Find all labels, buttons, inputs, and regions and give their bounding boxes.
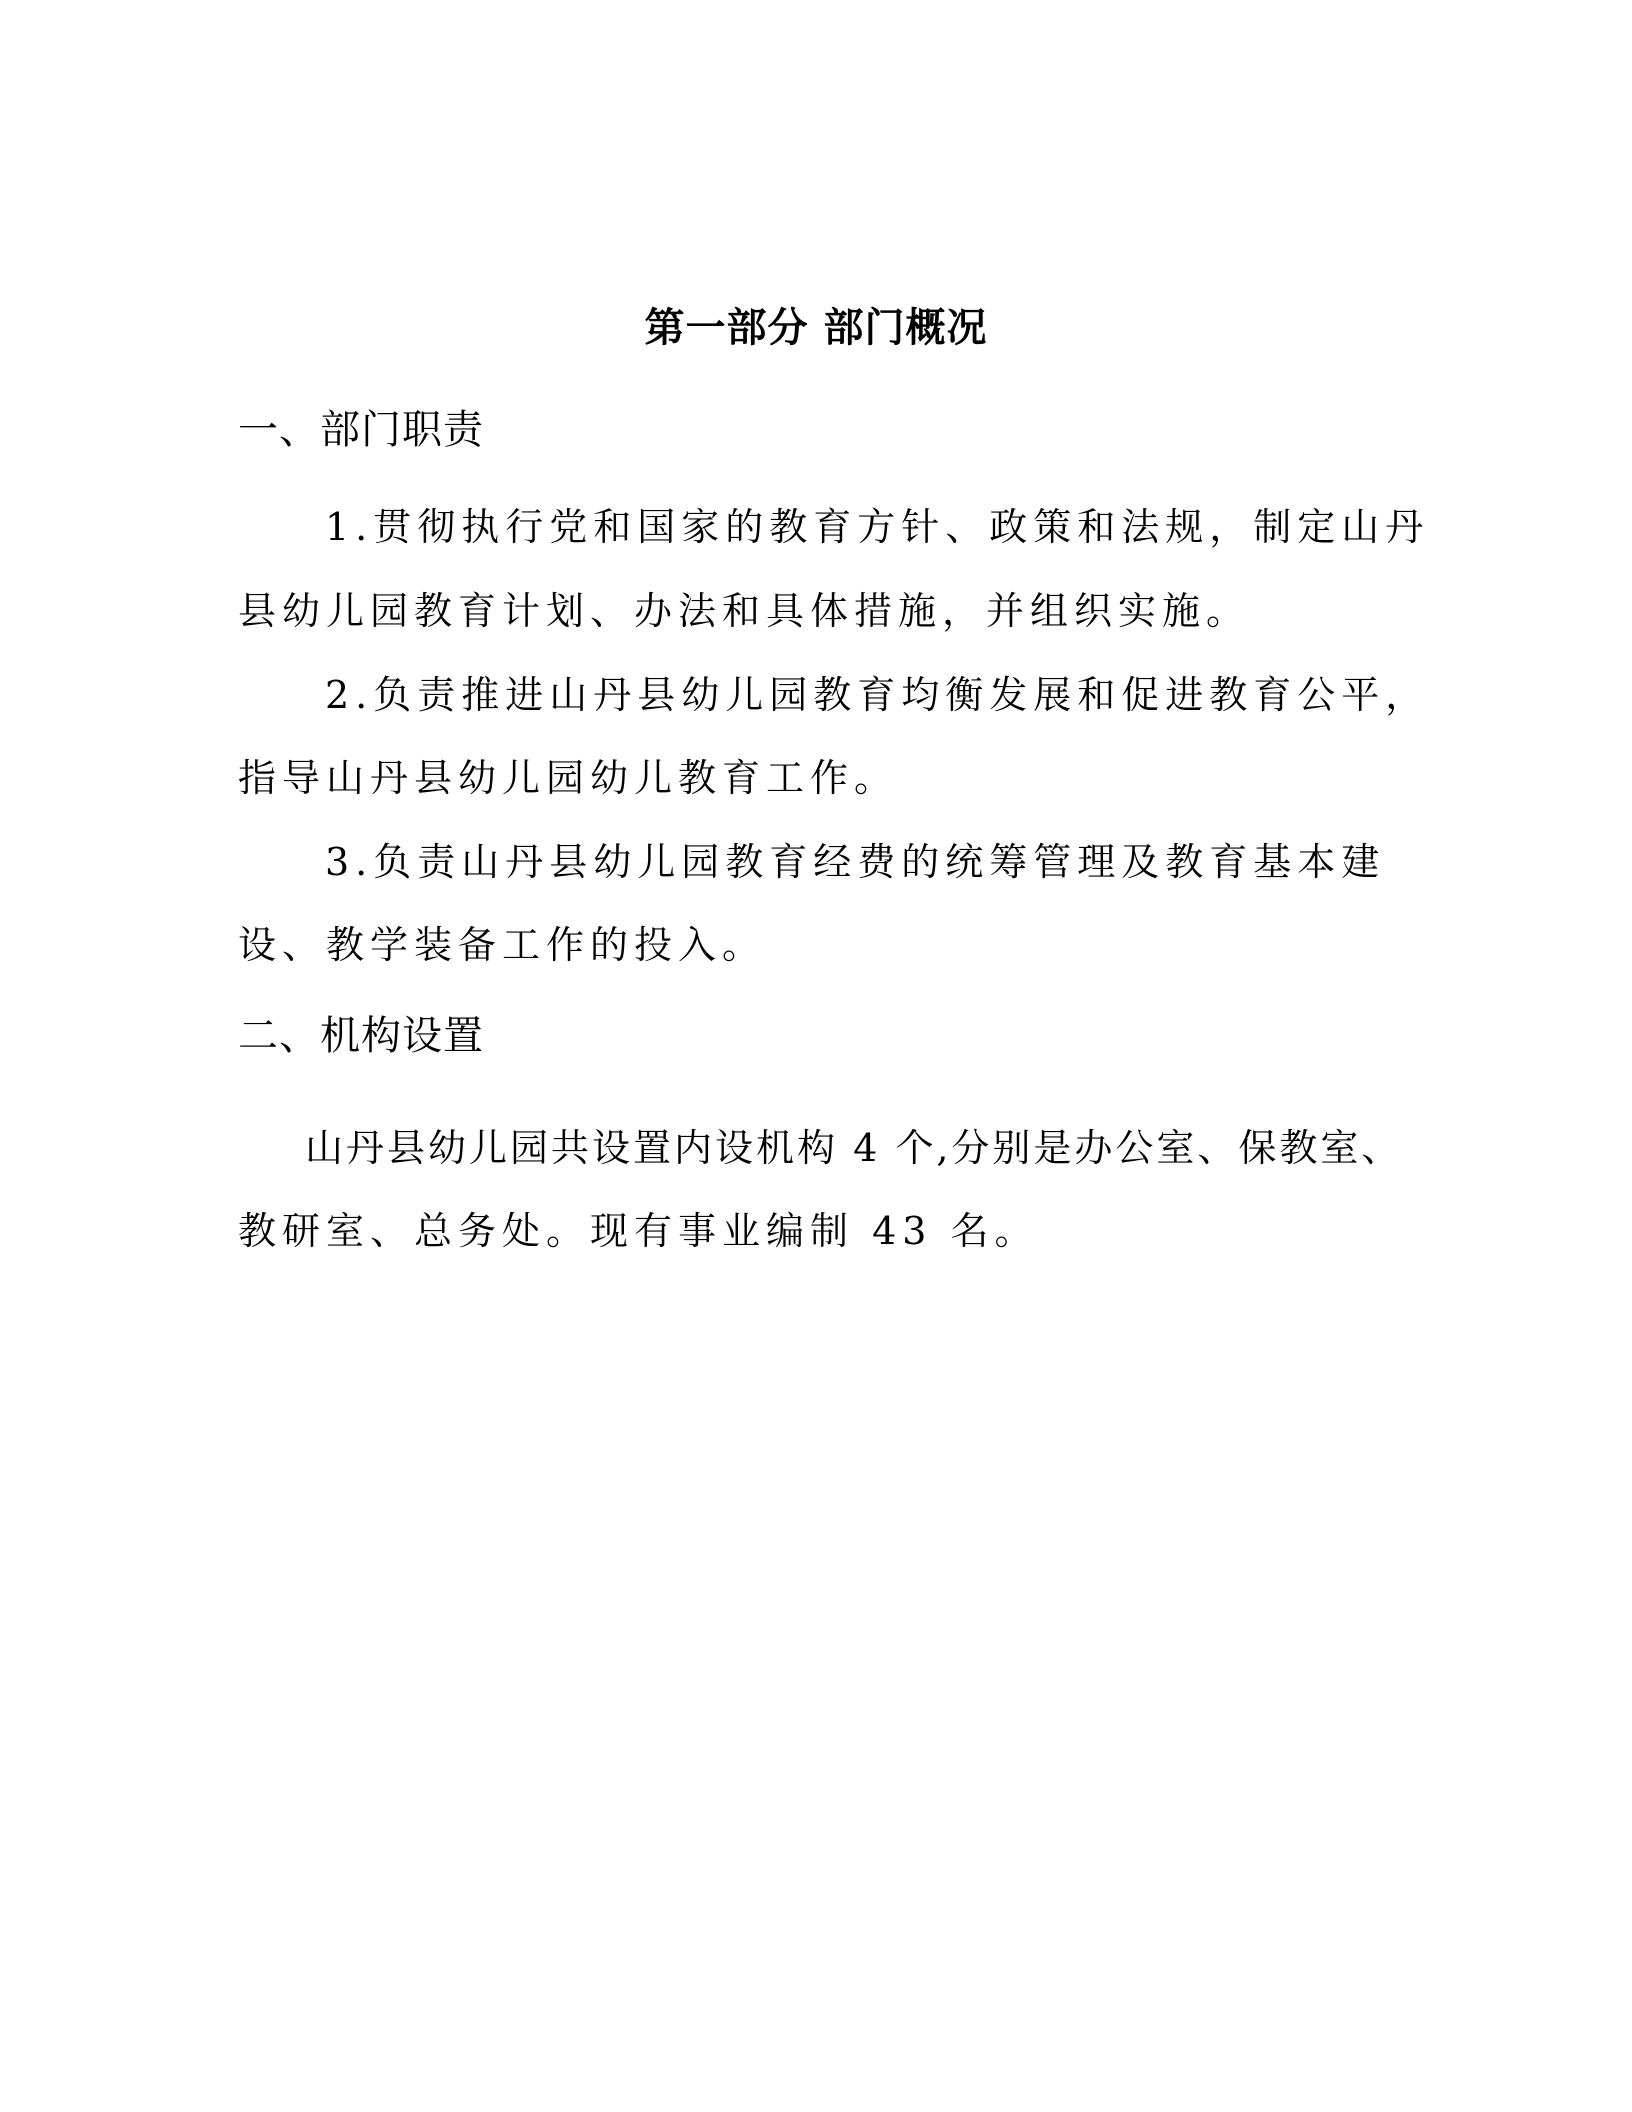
section-heading-organization: 二、机构设置 — [238, 1004, 484, 1061]
organization-line-2: 教研室、总务处。现有事业编制 43 名。 — [238, 1200, 1039, 1255]
duty-2-line-1: 2.负责推进山丹县幼儿园教育均衡发展和促进教育公平， — [325, 664, 1429, 719]
duty-3-line-2: 设、教学装备工作的投入。 — [238, 914, 766, 969]
duty-1-line-2: 县幼儿园教育计划、办法和具体措施，并组织实施。 — [238, 580, 1250, 635]
page-title: 第一部分 部门概况 — [0, 296, 1632, 353]
duty-1-line-1: 1.贯彻执行党和国家的教育方针、政策和法规，制定山丹 — [325, 496, 1429, 551]
organization-line-1: 山丹县幼儿园共设置内设机构 4 个,分别是办公室、保教室、 — [305, 1117, 1402, 1172]
duty-3-line-1: 3.负责山丹县幼儿园教育经费的统筹管理及教育基本建 — [325, 831, 1385, 886]
duty-2-line-2: 指导山丹县幼儿园幼儿教育工作。 — [238, 747, 898, 802]
section-heading-duties: 一、部门职责 — [238, 398, 484, 455]
